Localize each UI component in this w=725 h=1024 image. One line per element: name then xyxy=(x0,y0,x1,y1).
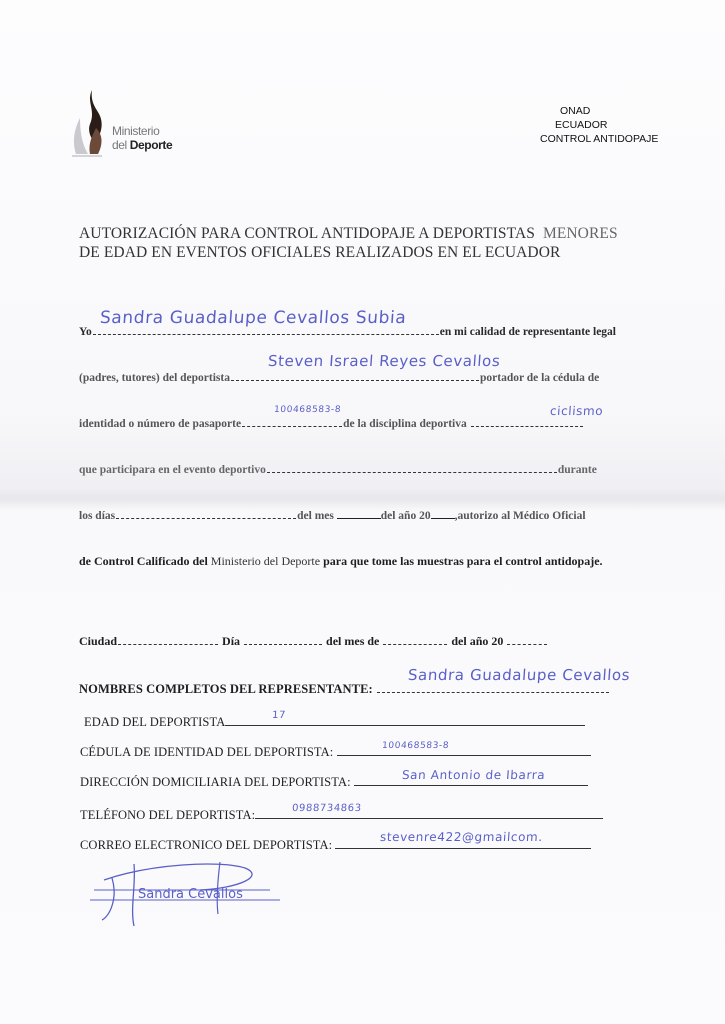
paper-fold xyxy=(0,488,725,510)
days-blank xyxy=(116,517,296,519)
line1-suffix: en mi calidad de representante legal xyxy=(440,326,616,338)
signature-text: Sandra Cevallos xyxy=(138,887,243,902)
body-line-4: que participara en el evento deportivodu… xyxy=(79,464,597,476)
org-line2: ECUADOR xyxy=(540,118,670,132)
rep-name-label: NOMBRES COMPLETOS DEL REPRESENTANTE: xyxy=(79,682,373,696)
flame-icon xyxy=(70,88,106,160)
year-label: del año 20 xyxy=(451,634,503,648)
handwritten-athlete-name[interactable]: Steven Israel Reyes Cevallos xyxy=(267,352,501,370)
org-line1: ONAD xyxy=(540,104,670,118)
city-label: Ciudad xyxy=(79,634,117,648)
line2-prefix: (padres, tutores) del deportista xyxy=(79,372,230,384)
signature[interactable]: Sandra Cevallos xyxy=(90,858,290,928)
handwritten-email[interactable]: stevenre422@gmailcom. xyxy=(380,830,544,844)
line5-suffix: ,autorizo al Médico Oficial xyxy=(455,510,586,522)
document-title: AUTORIZACIÓN PARA CONTROL ANTIDOPAJE A D… xyxy=(79,224,679,262)
day-blank xyxy=(244,643,322,645)
day-label: Día xyxy=(222,634,240,648)
date-line: Ciudad Día del mes de del año 20 xyxy=(79,634,548,649)
discipline-blank xyxy=(471,425,583,427)
line4-suffix: durante xyxy=(558,464,597,476)
body-line-3: identidad o número de pasaportede la dis… xyxy=(79,418,584,430)
title-line1-end: MENORES xyxy=(543,225,618,242)
handwritten-discipline[interactable]: ciclismo xyxy=(550,404,604,418)
month-blank xyxy=(337,518,381,519)
rep-name-blank xyxy=(93,333,439,335)
field-age: EDAD DEL DEPORTISTA xyxy=(84,713,585,730)
email-label: CORREO ELECTRONICO DEL DEPORTISTA: xyxy=(80,838,332,852)
title-line2: DE EDAD EN EVENTOS OFICIALES REALIZADOS … xyxy=(79,243,679,262)
age-label: EDAD DEL DEPORTISTA xyxy=(84,715,225,729)
field-athlete-id: CÉDULA DE IDENTIDAD DEL DEPORTISTA: xyxy=(80,743,591,760)
handwritten-address[interactable]: San Antonio de Ibarra xyxy=(402,768,546,782)
city-blank xyxy=(118,643,218,645)
date-year-blank xyxy=(507,643,547,645)
athlete-name-blank xyxy=(231,379,479,381)
rep-name-line xyxy=(377,691,609,693)
handwritten-id-number[interactable]: 100468583-8 xyxy=(274,405,342,415)
org-header: ONAD ECUADOR CONTROL ANTIDOPAJE xyxy=(540,104,670,146)
para-part-a: de Control Calificado del xyxy=(79,554,208,568)
para-part-c: para que tome las muestras para el contr… xyxy=(323,554,602,568)
athlete-id-label: CÉDULA DE IDENTIDAD DEL DEPORTISTA: xyxy=(80,745,333,759)
event-blank xyxy=(267,471,557,473)
phone-label: TELÉFONO DEL DEPORTISTA: xyxy=(80,808,255,822)
ministerio-logo: Ministerio del Deporte xyxy=(70,88,230,168)
handwritten-age[interactable]: 17 xyxy=(272,710,287,721)
field-rep-name: NOMBRES COMPLETOS DEL REPRESENTANTE: xyxy=(79,682,610,697)
handwritten-representative-name[interactable]: Sandra Guadalupe Cevallos Subia xyxy=(99,308,407,328)
para-part-b: Ministerio del Deporte xyxy=(211,554,320,568)
title-line1: AUTORIZACIÓN PARA CONTROL ANTIDOPAJE A D… xyxy=(79,225,535,242)
line4-prefix: que participara en el evento deportivo xyxy=(79,464,266,476)
org-line3: CONTROL ANTIDOPAJE xyxy=(540,132,670,146)
logo-line2-prefix: del xyxy=(112,138,127,152)
logo-line1: Ministerio xyxy=(112,124,172,138)
month-label: del mes de xyxy=(326,634,379,648)
address-label: DIRECCIÓN DOMICILIARIA DEL DEPORTISTA: xyxy=(80,775,351,789)
handwritten-athlete-id[interactable]: 100468583-8 xyxy=(382,741,450,751)
handwritten-rep-full-name[interactable]: Sandra Guadalupe Cevallos xyxy=(407,666,630,684)
date-month-blank xyxy=(383,643,447,645)
line2-suffix: portador de la cédula de xyxy=(480,372,599,384)
athlete-id-line xyxy=(337,743,591,756)
line3-mid: de la disciplina deportiva xyxy=(343,418,467,430)
logo-text: Ministerio del Deporte xyxy=(112,124,172,152)
year-blank xyxy=(431,518,455,519)
body-line-5: los díasdel mes del año 20,autorizo al M… xyxy=(79,510,586,522)
line5-year: del año 20 xyxy=(381,510,431,522)
document-page: Ministerio del Deporte ONAD ECUADOR CONT… xyxy=(0,0,725,1024)
body-line-2: (padres, tutores) del deportistaportador… xyxy=(79,372,599,384)
logo-line2-bold: Deporte xyxy=(130,138,173,152)
line3-prefix: identidad o número de pasaporte xyxy=(79,418,241,430)
line5-prefix: los días xyxy=(79,510,115,522)
yo-label: Yo xyxy=(79,326,92,338)
authorization-paragraph: de Control Calificado del Ministerio del… xyxy=(79,553,669,569)
handwritten-phone[interactable]: 0988734863 xyxy=(292,803,362,814)
id-blank xyxy=(242,425,342,427)
line5-month: del mes xyxy=(297,510,334,522)
